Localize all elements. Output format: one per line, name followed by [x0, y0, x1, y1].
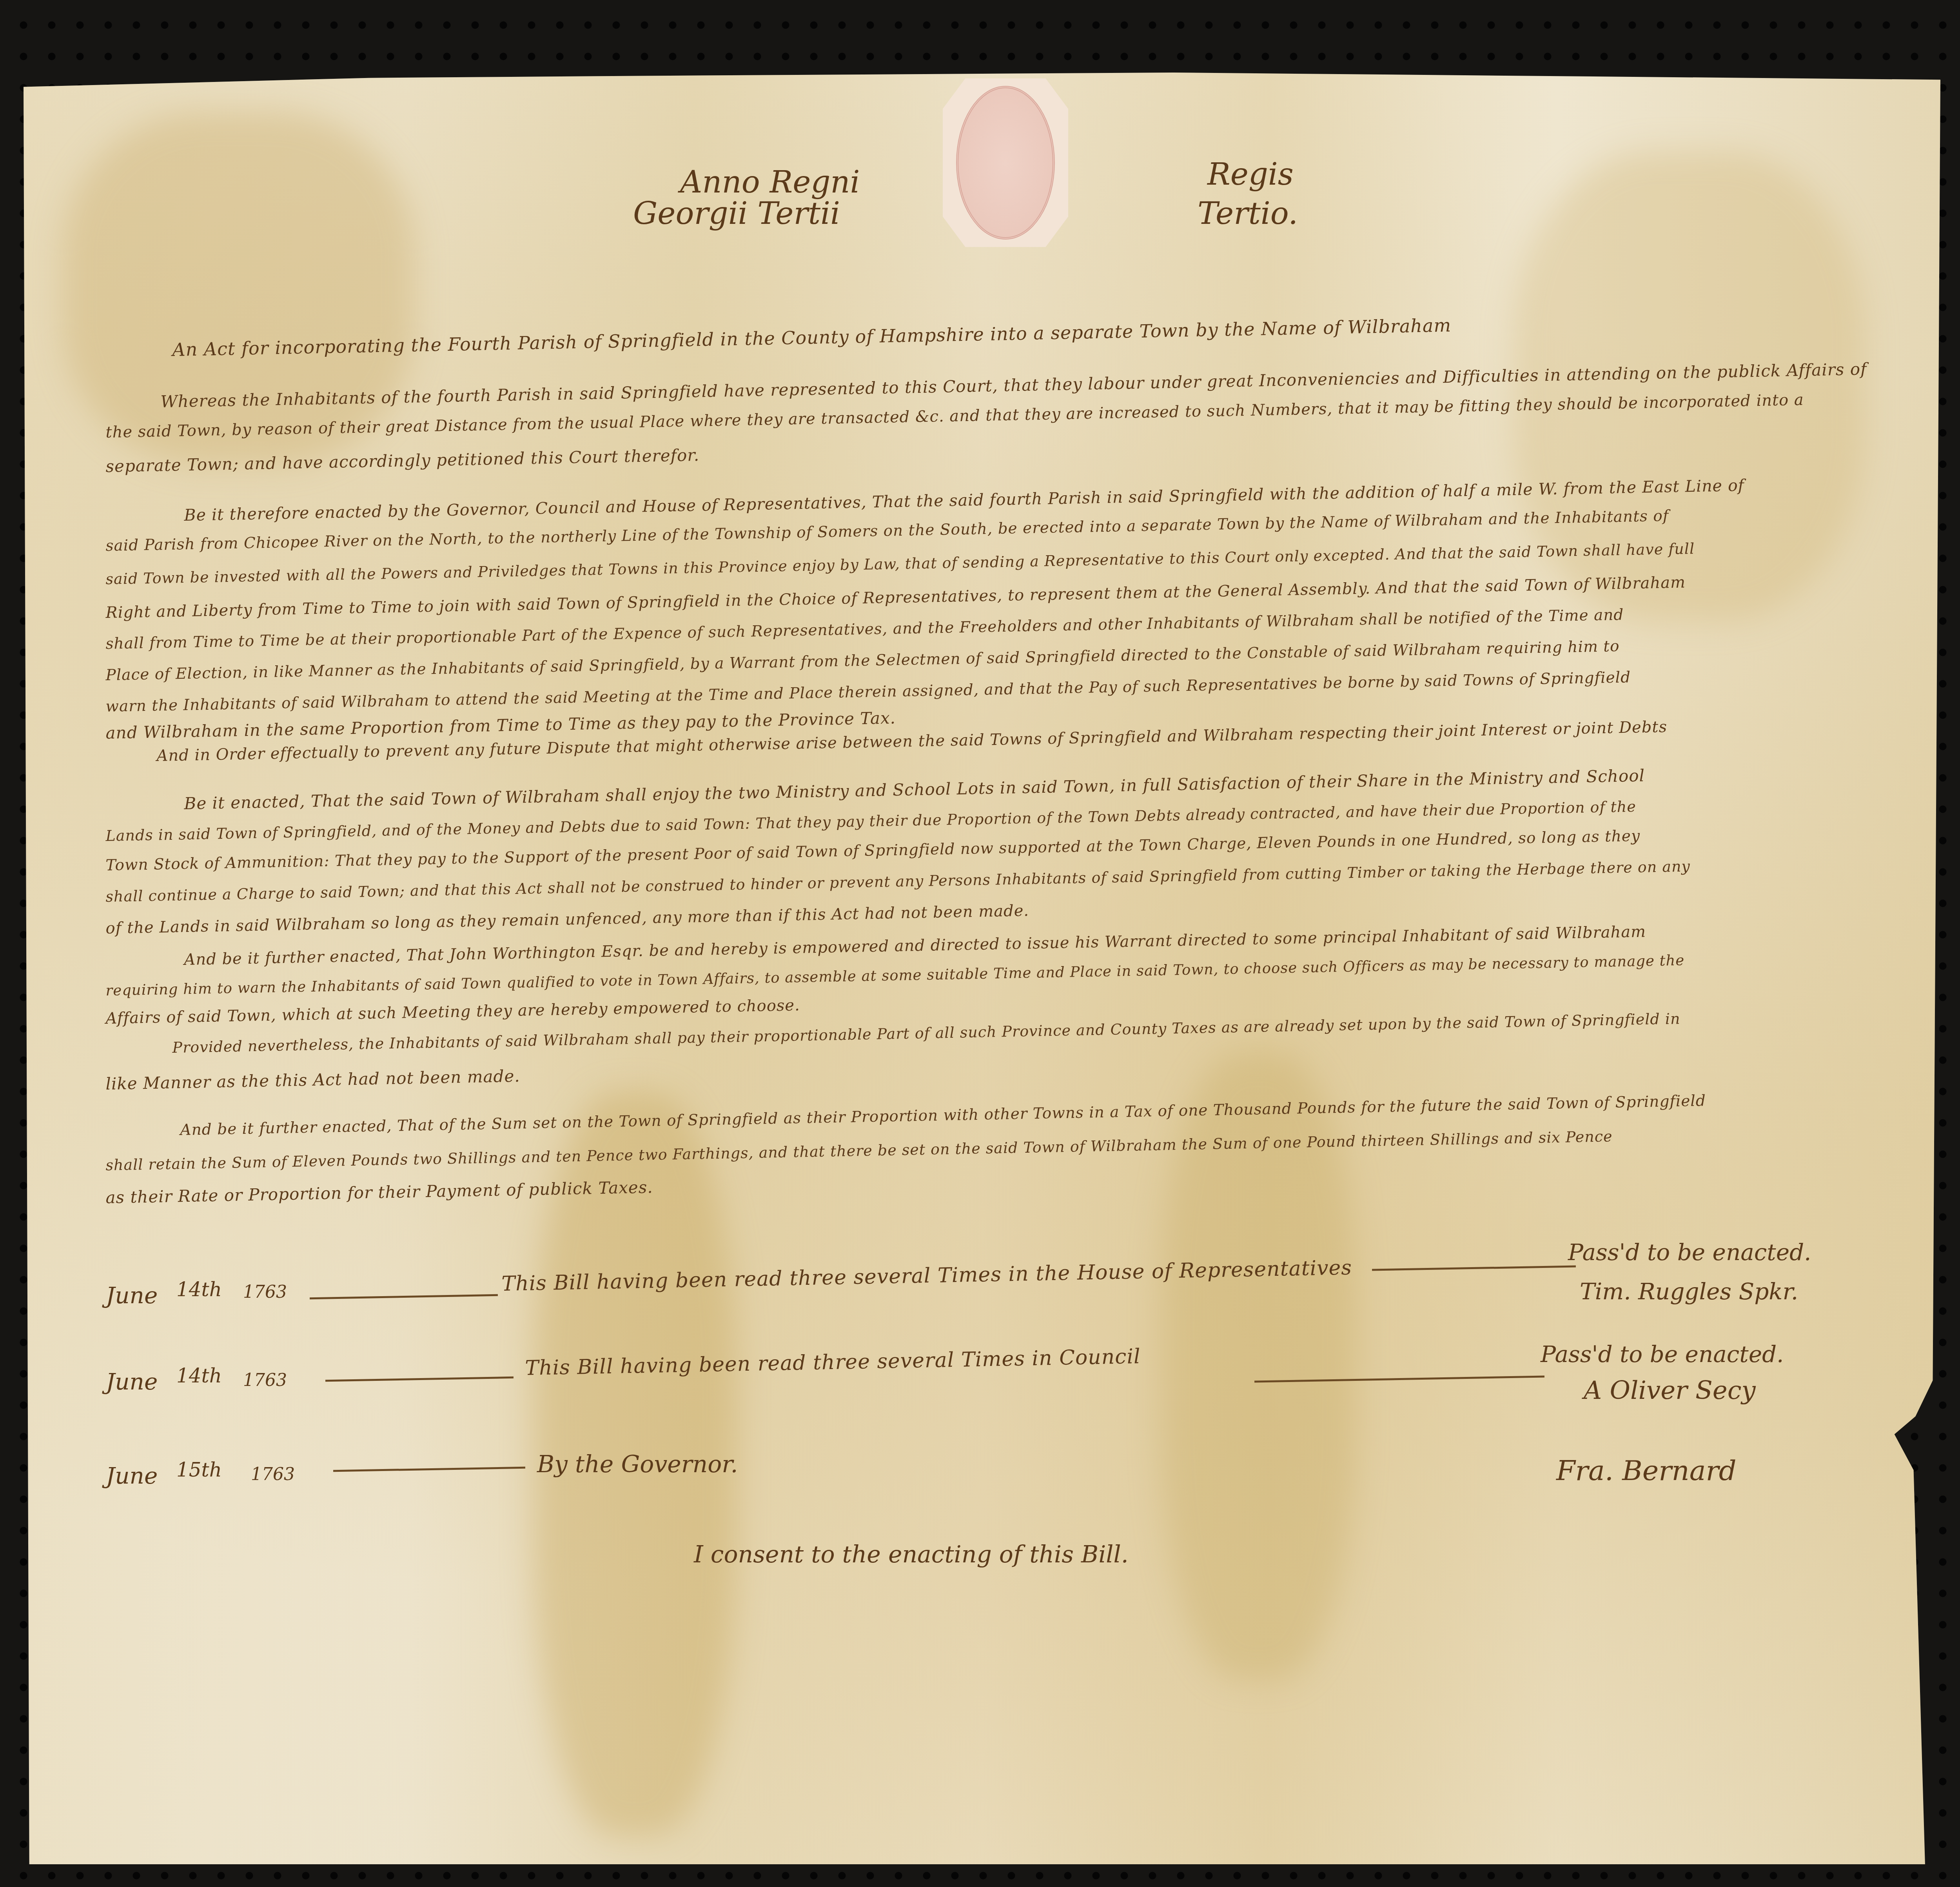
- endorsement-result: Pass'd to be enacted.: [1541, 1341, 1784, 1368]
- endorsement-year: 1763: [243, 1370, 287, 1390]
- endorsement-result: Pass'd to be enacted.: [1568, 1239, 1811, 1266]
- endorsement-date-month: June: [106, 1368, 158, 1395]
- seal-emblem-icon: [956, 86, 1055, 240]
- endorsement-date-month: June: [106, 1462, 158, 1489]
- governor-consent: I consent to the enacting of this Bill.: [694, 1541, 1129, 1568]
- paper-seal: [943, 78, 1068, 247]
- regnal-year-right-2: Tertio.: [1198, 196, 1298, 231]
- endorsement-date-month: June: [106, 1282, 158, 1309]
- endorsement-text: By the Governor.: [537, 1451, 738, 1478]
- regnal-year-right-1: Regis: [1207, 157, 1294, 192]
- endorsement-signature: A Oliver Secy: [1584, 1376, 1756, 1405]
- endorsement-date-day: 14th: [176, 1278, 222, 1301]
- endorsement-year: 1763: [251, 1464, 295, 1484]
- governor-signature: Fra. Bernard: [1556, 1455, 1737, 1487]
- regnal-year-left-1: Anno Regni: [680, 165, 860, 200]
- endorsement-year: 1763: [243, 1282, 287, 1302]
- endorsement-signature: Tim. Ruggles Spkr.: [1580, 1278, 1798, 1305]
- regnal-year-left-2: Georgii Tertii: [633, 196, 840, 231]
- endorsement-date-day: 14th: [176, 1364, 222, 1387]
- endorsement-date-day: 15th: [176, 1458, 222, 1481]
- water-stain: [63, 112, 416, 465]
